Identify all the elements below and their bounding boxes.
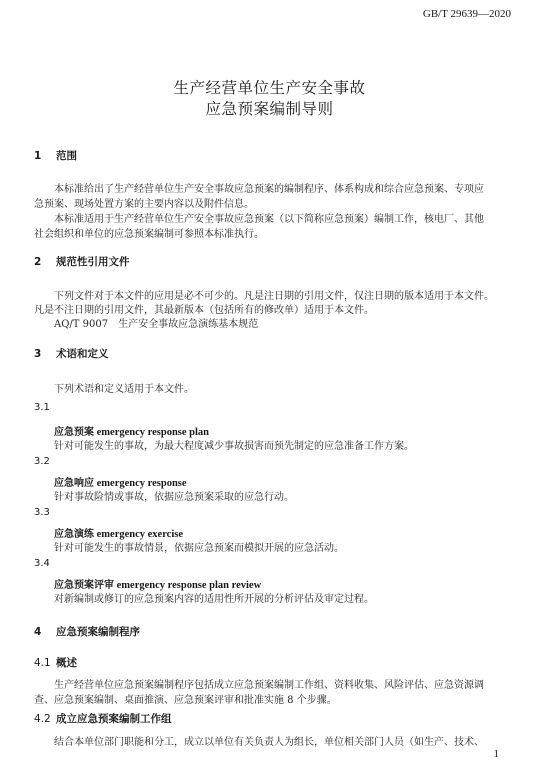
subsection-number: 4.2 bbox=[34, 713, 56, 725]
document-title-line1: 生产经营单位生产安全事故 bbox=[0, 76, 539, 98]
clause-number: 3.2 bbox=[34, 456, 50, 467]
term-heading: 应急响应 emergency response bbox=[54, 474, 187, 489]
section-heading-3: 3术语和定义 bbox=[34, 346, 109, 361]
section-heading-2: 2规范性引用文件 bbox=[34, 254, 130, 269]
term-heading: 应急演练 emergency exercise bbox=[54, 525, 183, 540]
paragraph-line: 社会组织和单位的应急预案编制可参照本标准执行。 bbox=[34, 225, 264, 240]
paragraph-line: 查、应急预案编制、桌面推演、应急预案评审和批准实施 8 个步骤。 bbox=[34, 691, 337, 706]
section-number: 3 bbox=[34, 348, 56, 360]
clause-number: 3.4 bbox=[34, 558, 50, 569]
section-title: 术语和定义 bbox=[56, 348, 109, 360]
term-definition: 针对可能发生的事故，为最大程度减少事故损害而预先制定的应急准备工作方案。 bbox=[54, 437, 414, 452]
paragraph-line: 下列术语和定义适用于本文件。 bbox=[54, 380, 194, 395]
normative-reference: AQ/T 9007 生产安全事故应急演练基本规范 bbox=[54, 315, 258, 330]
subsection-number: 4.1 bbox=[34, 657, 56, 669]
term-heading: 应急预案 emergency response plan bbox=[54, 423, 209, 438]
clause-number: 3.3 bbox=[34, 507, 50, 518]
section-heading-4: 4应急预案编制程序 bbox=[34, 624, 140, 639]
term-definition: 针对可能发生的事故情景，依据应急预案而模拟开展的应急活动。 bbox=[54, 539, 344, 554]
document-title-line2: 应急预案编制导则 bbox=[0, 97, 539, 119]
section-title: 应急预案编制程序 bbox=[56, 626, 140, 638]
subsection-heading-4-2: 4.2成立应急预案编制工作组 bbox=[34, 711, 172, 726]
paragraph-line: 生产经营单位应急预案编制程序包括成立应急预案编制工作组、资料收集、风险评估、应急… bbox=[54, 676, 484, 691]
paragraph-line: 急预案、现场处置方案的主要内容以及附件信息。 bbox=[34, 195, 254, 210]
term-heading: 应急预案评审 emergency response plan review bbox=[54, 576, 261, 591]
paragraph-line: 凡是不注日期的引用文件，其最新版本（包括所有的修改单）适用于本文件。 bbox=[34, 301, 374, 316]
paragraph-line: 本标准适用于生产经营单位生产安全事故应急预案（以下简称应急预案）编制工作，核电厂… bbox=[54, 210, 484, 225]
standard-number: GB/T 29639—2020 bbox=[423, 8, 511, 20]
term-definition: 对新编制或修订的应急预案内容的适用性所开展的分析评估及审定过程。 bbox=[54, 590, 374, 605]
term-definition: 针对事故险情或事故，依据应急预案采取的应急行动。 bbox=[54, 488, 294, 503]
document-page: GB/T 29639—2020 生产经营单位生产安全事故 应急预案编制导则 1范… bbox=[0, 0, 539, 766]
clause-number: 3.1 bbox=[34, 402, 50, 413]
section-number: 2 bbox=[34, 256, 56, 268]
section-title: 范围 bbox=[56, 150, 77, 162]
paragraph-line: 下列文件对于本文件的应用是必不可少的。凡是注日期的引用文件，仅注日期的版本适用于… bbox=[54, 287, 494, 302]
page-number: 1 bbox=[494, 748, 500, 760]
subsection-title: 概述 bbox=[56, 657, 77, 669]
section-number: 4 bbox=[34, 626, 56, 638]
section-heading-1: 1范围 bbox=[34, 148, 77, 163]
section-number: 1 bbox=[34, 150, 56, 162]
paragraph-line: 本标准给出了生产经营单位生产安全事故应急预案的编制程序、体系构成和综合应急预案、… bbox=[54, 180, 484, 195]
section-title: 规范性引用文件 bbox=[56, 256, 130, 268]
paragraph-line: 结合本单位部门职能和分工，成立以单位有关负责人为组长，单位相关部门人员（如生产、… bbox=[54, 733, 484, 748]
subsection-title: 成立应急预案编制工作组 bbox=[56, 713, 172, 725]
subsection-heading-4-1: 4.1概述 bbox=[34, 655, 77, 670]
